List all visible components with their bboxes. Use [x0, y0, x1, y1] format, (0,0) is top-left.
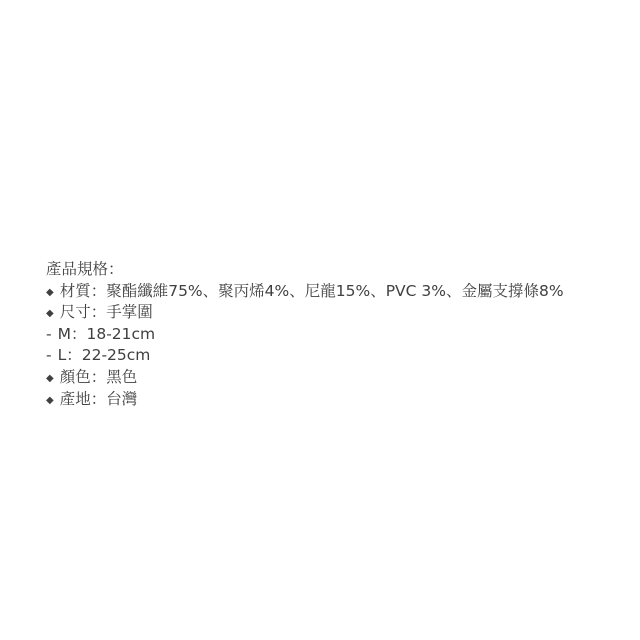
dash-bullet: -	[46, 324, 52, 346]
spec-size-text: 尺寸：手掌圍	[60, 303, 153, 321]
specs-title: 產品規格：	[46, 259, 564, 281]
product-page: 產品規格： ◆材質：聚酯纖維75%、聚丙烯4%、尼龍15%、PVC 3%、金屬支…	[0, 0, 640, 640]
spec-origin-text: 產地：台灣	[60, 390, 138, 408]
diamond-bullet-icon: ◆	[46, 390, 54, 412]
spec-material-text: 材質：聚酯纖維75%、聚丙烯4%、尼龍15%、PVC 3%、金屬支撐條8%	[60, 282, 564, 300]
spec-color-text: 顏色：黑色	[60, 368, 138, 386]
dash-bullet: -	[46, 345, 52, 367]
spec-line-size-m: -M：18-21cm	[46, 324, 564, 346]
spec-line-size-l: -L：22-25cm	[46, 345, 564, 367]
spec-size-m-text: M：18-21cm	[58, 325, 156, 343]
spec-line-origin: ◆產地：台灣	[46, 389, 564, 411]
spec-line-size: ◆尺寸：手掌圍	[46, 302, 564, 324]
spec-size-l-text: L：22-25cm	[58, 346, 151, 364]
diamond-bullet-icon: ◆	[46, 303, 54, 325]
spec-line-material: ◆材質：聚酯纖維75%、聚丙烯4%、尼龍15%、PVC 3%、金屬支撐條8%	[46, 281, 564, 303]
product-specs-section: 產品規格： ◆材質：聚酯纖維75%、聚丙烯4%、尼龍15%、PVC 3%、金屬支…	[46, 259, 564, 410]
diamond-bullet-icon: ◆	[46, 282, 54, 304]
diamond-bullet-icon: ◆	[46, 368, 54, 390]
spec-line-color: ◆顏色：黑色	[46, 367, 564, 389]
